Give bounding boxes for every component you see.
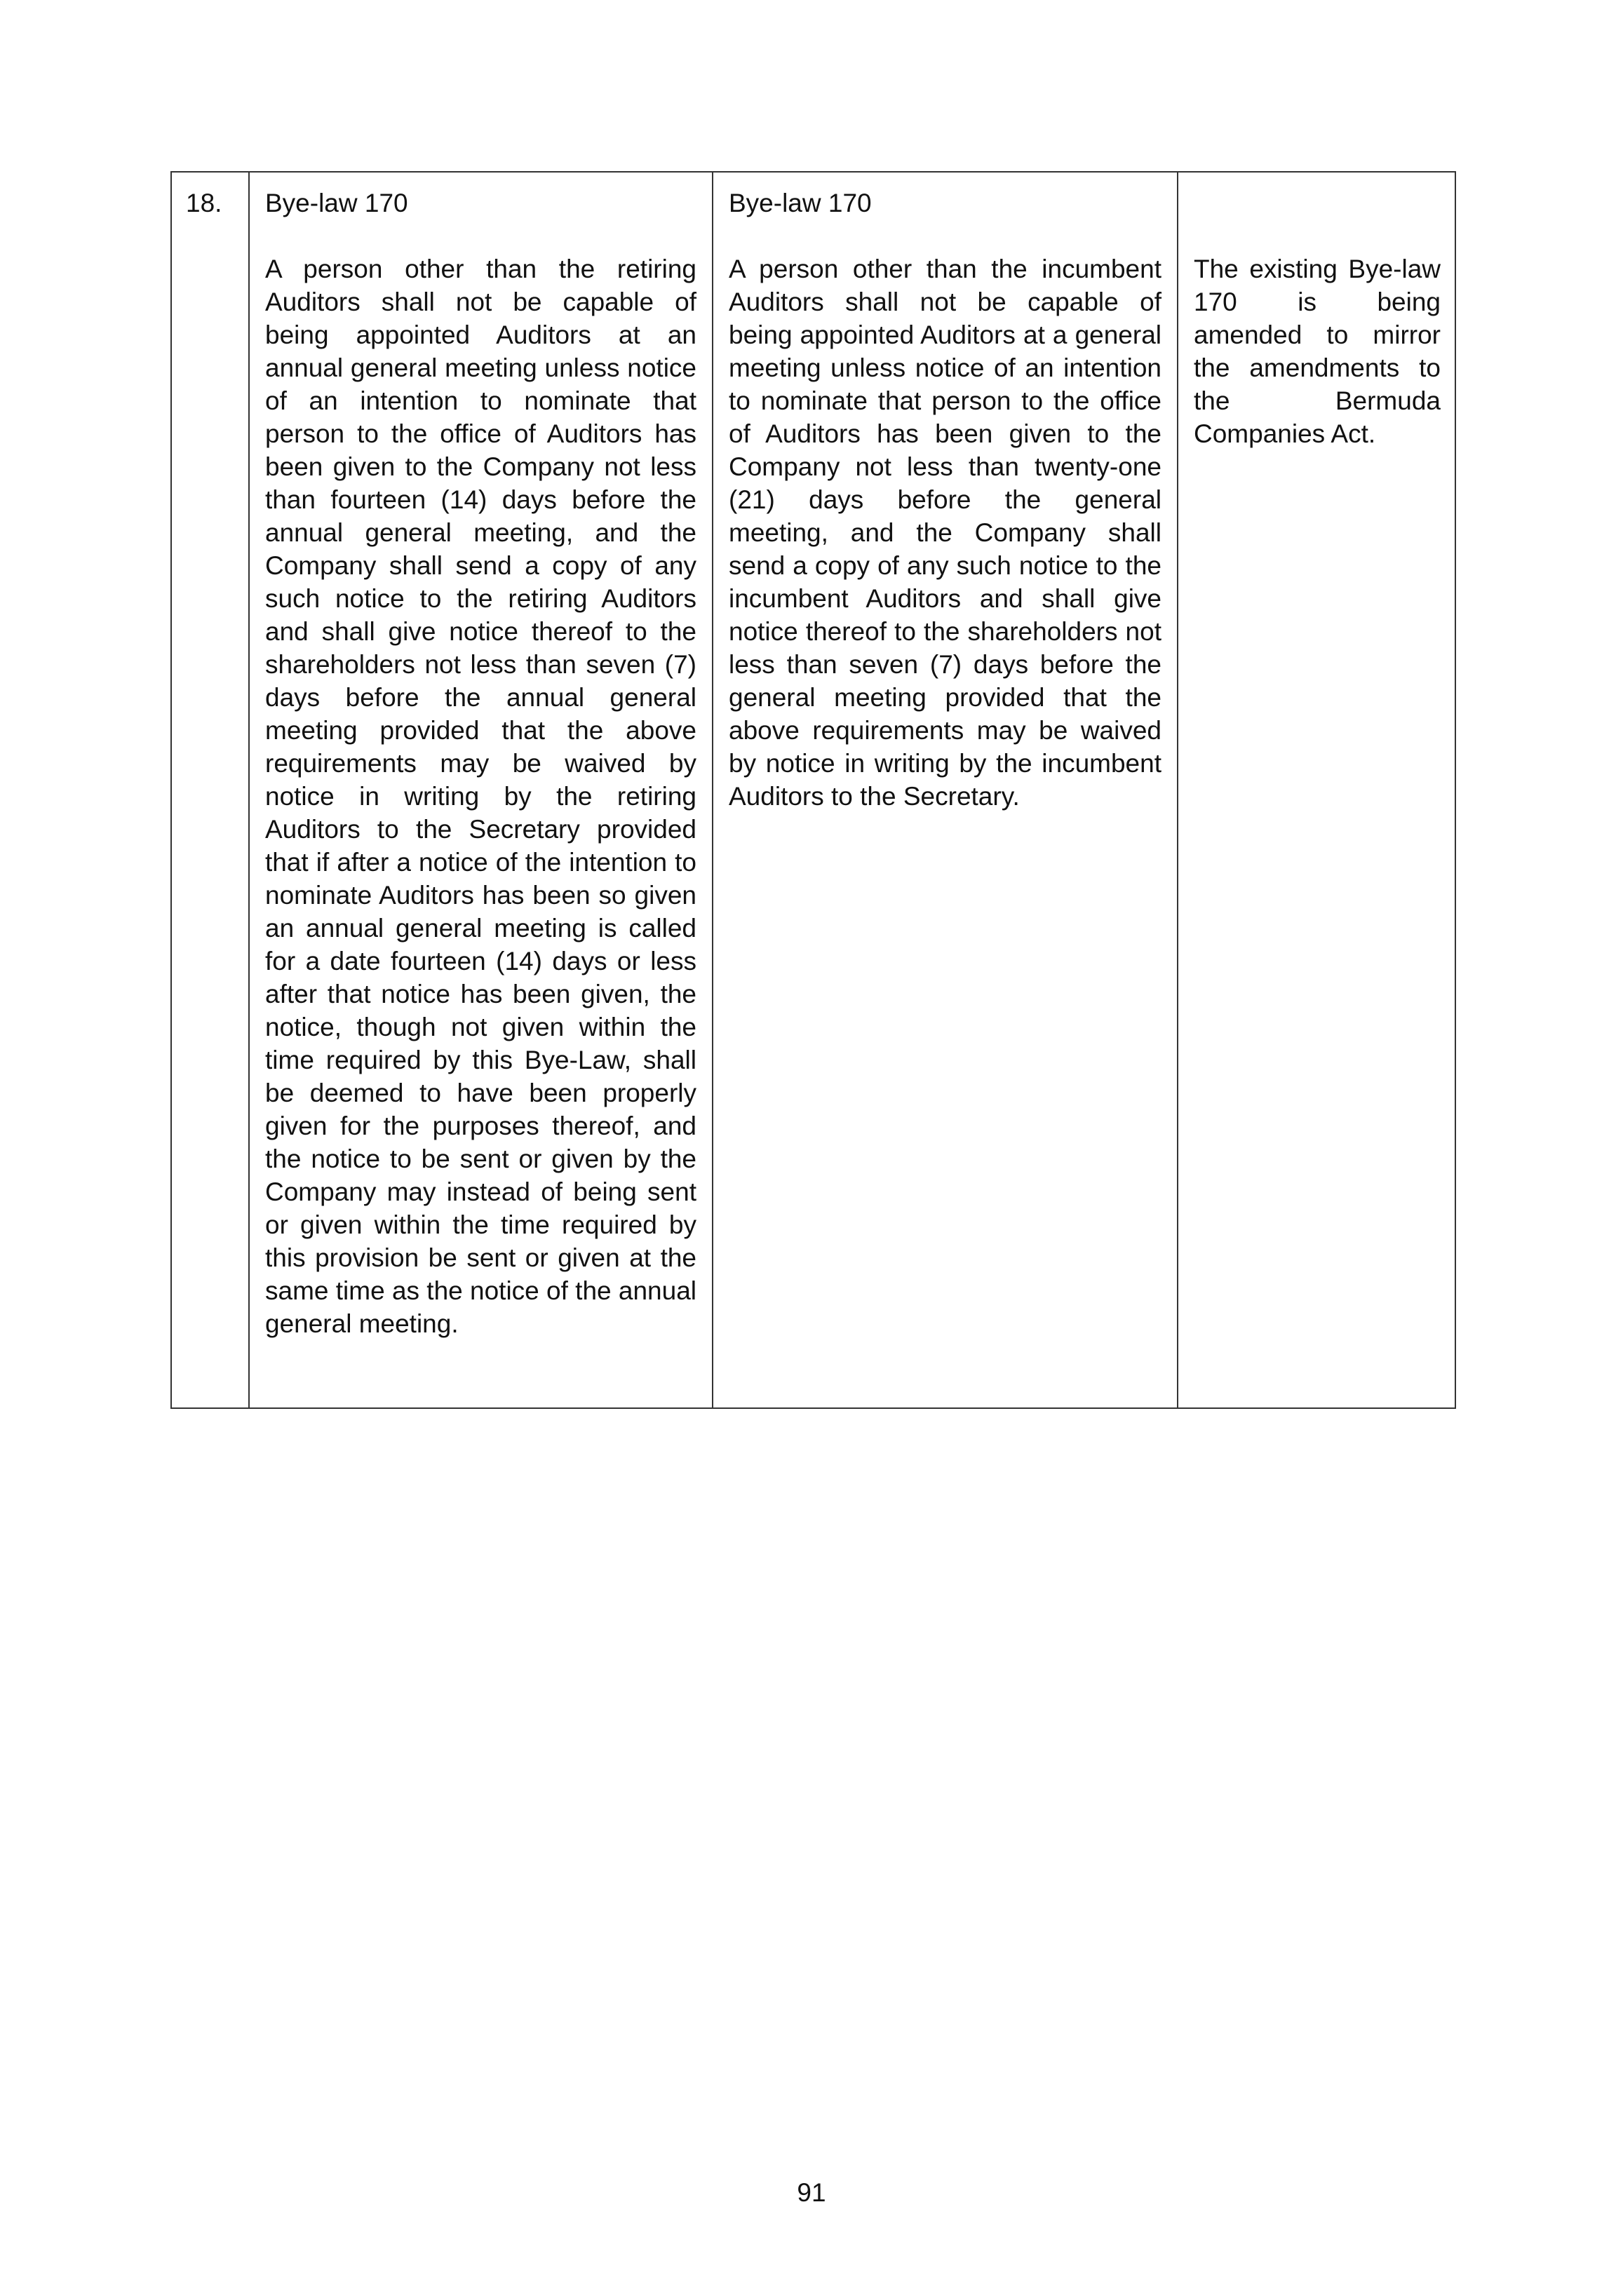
existing-bye-law-heading: Bye-law 170	[265, 187, 696, 220]
amended-bye-law-text: A person other than the incumbent Audito…	[729, 252, 1161, 813]
existing-bye-law-cell: Bye-law 170 A person other than the reti…	[250, 173, 713, 1407]
reason-cell: The existing Bye-law 170 is being amende…	[1178, 173, 1455, 1407]
reason-spacer	[1194, 187, 1441, 252]
page-number: 91	[0, 2178, 1623, 2208]
amended-bye-law-cell: Bye-law 170 A person other than the incu…	[713, 173, 1178, 1407]
item-number-cell: 18.	[172, 173, 250, 1407]
bye-law-comparison-table: 18. Bye-law 170 A person other than the …	[170, 171, 1456, 1409]
reason-text: The existing Bye-law 170 is being amende…	[1194, 252, 1441, 450]
amended-bye-law-heading: Bye-law 170	[729, 187, 1161, 220]
existing-bye-law-text: A person other than the retiring Auditor…	[265, 252, 696, 1340]
item-number: 18.	[186, 187, 241, 220]
